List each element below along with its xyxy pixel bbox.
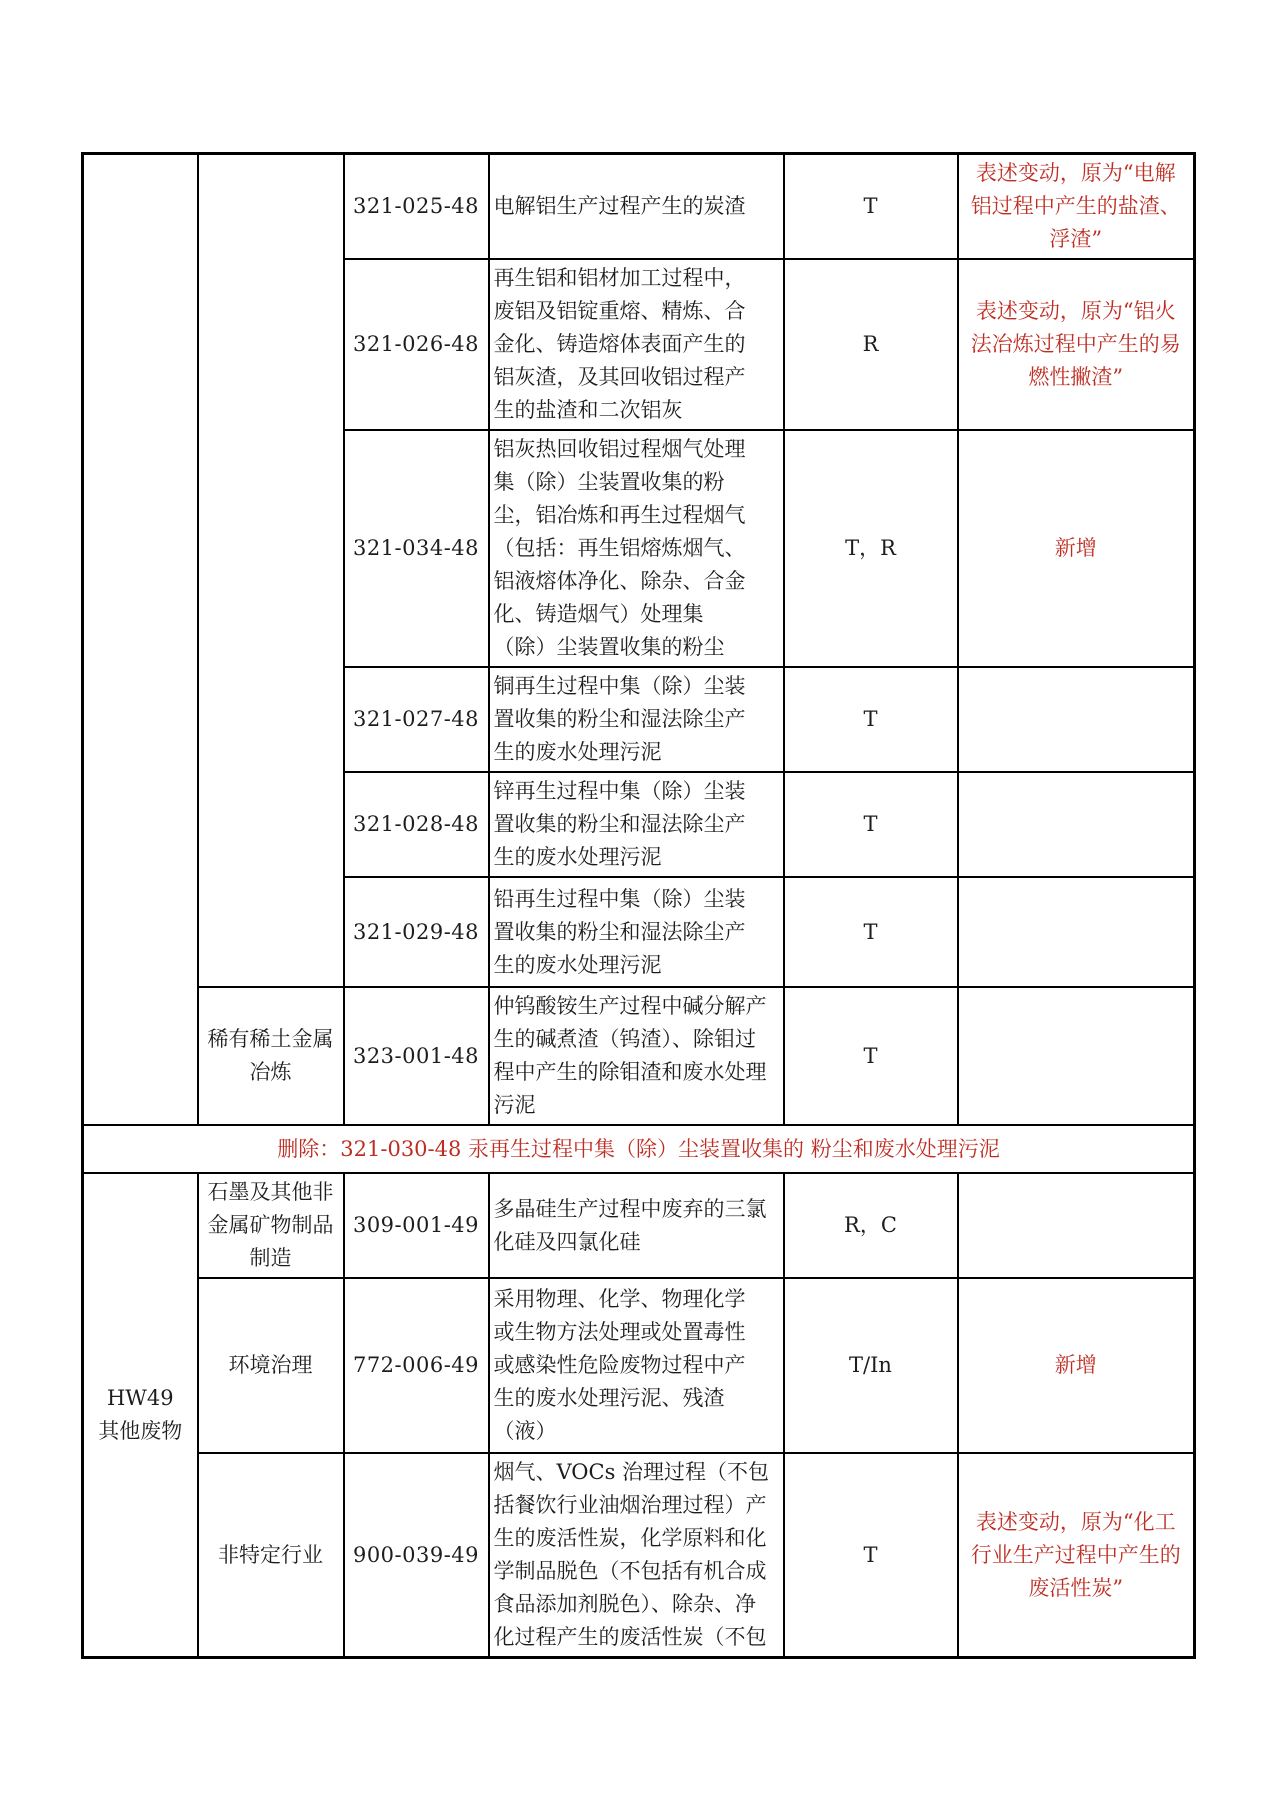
revision-note-cell: 表述变动，原为“电解 铝过程中产生的盐渣、 浮渣” bbox=[958, 154, 1195, 260]
table-row: HW49 其他废物 石墨及其他非 金属矿物制品 制造 309-001-49 多晶… bbox=[83, 1173, 1195, 1278]
industry-cell: 环境治理 bbox=[198, 1278, 344, 1453]
hazard-property-cell: T bbox=[784, 877, 958, 987]
waste-code-cell: 321-028-48 bbox=[344, 772, 489, 877]
industry-cell: 非特定行业 bbox=[198, 1453, 344, 1658]
waste-description-cell: 电解铝生产过程产生的炭渣 bbox=[489, 154, 784, 260]
revision-note-cell bbox=[958, 1173, 1195, 1278]
hazard-property-cell: T/In bbox=[784, 1278, 958, 1453]
table-row: 环境治理 772-006-49 采用物理、化学、物理化学 或生物方法处理或处置毒… bbox=[83, 1278, 1195, 1453]
waste-code-cell: 321-025-48 bbox=[344, 154, 489, 260]
revision-note-cell bbox=[958, 987, 1195, 1125]
waste-code-cell: 900-039-49 bbox=[344, 1453, 489, 1658]
hazard-property-cell: T，R bbox=[784, 430, 958, 667]
table-row: 321-025-48 电解铝生产过程产生的炭渣 T 表述变动，原为“电解 铝过程… bbox=[83, 154, 1195, 260]
hazard-property-cell: T bbox=[784, 987, 958, 1125]
waste-code-cell: 321-027-48 bbox=[344, 667, 489, 772]
deleted-entry-row: 删除：321-030-48 汞再生过程中集（除）尘装置收集的 粉尘和废水处理污泥 bbox=[83, 1125, 1195, 1173]
waste-code-cell: 772-006-49 bbox=[344, 1278, 489, 1453]
deleted-entry-cell: 删除：321-030-48 汞再生过程中集（除）尘装置收集的 粉尘和废水处理污泥 bbox=[83, 1125, 1195, 1173]
hazard-property-cell: T bbox=[784, 772, 958, 877]
waste-description-cell: 采用物理、化学、物理化学 或生物方法处理或处置毒性 或感染性危险废物过程中产 生… bbox=[489, 1278, 784, 1453]
waste-code-cell: 323-001-48 bbox=[344, 987, 489, 1125]
revision-note-cell: 新增 bbox=[958, 1278, 1195, 1453]
hazard-property-cell: T bbox=[784, 1453, 958, 1658]
hazard-property-cell: R bbox=[784, 259, 958, 430]
industry-cell: 石墨及其他非 金属矿物制品 制造 bbox=[198, 1173, 344, 1278]
hazardous-waste-revision-table: 321-025-48 电解铝生产过程产生的炭渣 T 表述变动，原为“电解 铝过程… bbox=[81, 152, 1196, 1659]
revision-note-cell bbox=[958, 667, 1195, 772]
waste-description-cell: 铅再生过程中集（除）尘装 置收集的粉尘和湿法除尘产 生的废水处理污泥 bbox=[489, 877, 784, 987]
waste-code-cell: 321-026-48 bbox=[344, 259, 489, 430]
table-row: 稀有稀土金属 冶炼 323-001-48 仲钨酸铵生产过程中碱分解产 生的碱煮渣… bbox=[83, 987, 1195, 1125]
table-row: 非特定行业 900-039-49 烟气、VOCs 治理过程（不包 括餐饮行业油烟… bbox=[83, 1453, 1195, 1658]
industry-cell bbox=[198, 154, 344, 988]
waste-description-cell: 烟气、VOCs 治理过程（不包 括餐饮行业油烟治理过程）产 生的废活性炭，化学原… bbox=[489, 1453, 784, 1658]
waste-code-cell: 309-001-49 bbox=[344, 1173, 489, 1278]
category-cell bbox=[83, 154, 198, 1126]
waste-description-cell: 仲钨酸铵生产过程中碱分解产 生的碱煮渣（钨渣）、除钼过 程中产生的除钼渣和废水处… bbox=[489, 987, 784, 1125]
revision-note-cell bbox=[958, 877, 1195, 987]
revision-note-cell: 表述变动，原为“铝火 法冶炼过程中产生的易 燃性撇渣” bbox=[958, 259, 1195, 430]
hazard-property-cell: T bbox=[784, 667, 958, 772]
document-page: 321-025-48 电解铝生产过程产生的炭渣 T 表述变动，原为“电解 铝过程… bbox=[0, 0, 1280, 1810]
hazard-property-cell: T bbox=[784, 154, 958, 260]
waste-code-cell: 321-029-48 bbox=[344, 877, 489, 987]
revision-note-cell: 新增 bbox=[958, 430, 1195, 667]
industry-cell: 稀有稀土金属 冶炼 bbox=[198, 987, 344, 1125]
revision-note-cell bbox=[958, 772, 1195, 877]
waste-description-cell: 铝灰热回收铝过程烟气处理 集（除）尘装置收集的粉 尘，铝冶炼和再生过程烟气 （包… bbox=[489, 430, 784, 667]
waste-description-cell: 锌再生过程中集（除）尘装 置收集的粉尘和湿法除尘产 生的废水处理污泥 bbox=[489, 772, 784, 877]
waste-description-cell: 多晶硅生产过程中废弃的三氯 化硅及四氯化硅 bbox=[489, 1173, 784, 1278]
waste-description-cell: 再生铝和铝材加工过程中， 废铝及铝锭重熔、精炼、合 金化、铸造熔体表面产生的 铝… bbox=[489, 259, 784, 430]
category-cell: HW49 其他废物 bbox=[83, 1173, 198, 1658]
hazard-property-cell: R，C bbox=[784, 1173, 958, 1278]
waste-description-cell: 铜再生过程中集（除）尘装 置收集的粉尘和湿法除尘产 生的废水处理污泥 bbox=[489, 667, 784, 772]
revision-note-cell: 表述变动，原为“化工 行业生产过程中产生的 废活性炭” bbox=[958, 1453, 1195, 1658]
waste-code-cell: 321-034-48 bbox=[344, 430, 489, 667]
